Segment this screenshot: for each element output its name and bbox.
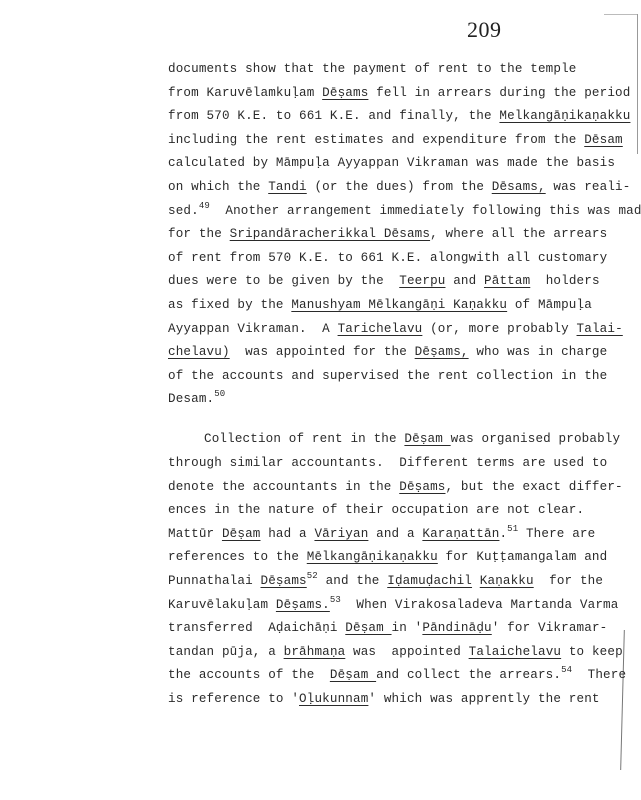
text-run: had a: [261, 527, 315, 541]
text-run: sed.: [168, 204, 199, 218]
text-run: Collection of rent in the: [204, 432, 404, 446]
underlined-term: Talaichelavu: [469, 645, 562, 659]
text-run: Karuvēlakuḷam: [168, 598, 276, 612]
underlined-term: Dēṣams: [399, 480, 445, 494]
underlined-term: Dēṣams: [261, 574, 307, 588]
underlined-term: Dēṣam: [222, 527, 261, 541]
text-run: references to the: [168, 550, 307, 564]
text-run: from Karuvēlamkuḷam: [168, 86, 322, 100]
scan-edge-line: [637, 14, 638, 154]
paragraph: documents show that the payment of rent …: [168, 58, 608, 412]
text-run: , where all the arrears: [430, 227, 607, 241]
text-line: as fixed by the Manushyam Mēlkangāṇi Kaṇ…: [168, 294, 608, 318]
text-line: Punnathalai Dēṣams52 and the Iḍamuḍachil…: [168, 570, 608, 594]
underlined-term: Mēlkangāṇikaṇakku: [307, 550, 438, 564]
text-run: transferred Aḍaichāṇi: [168, 621, 345, 635]
text-run: and: [445, 274, 484, 288]
text-run: denote the accountants in the: [168, 480, 399, 494]
underlined-term: Vāriyan: [314, 527, 368, 541]
text-run: was appointed for the: [230, 345, 415, 359]
text-line: of rent from 570 K.E. to 661 K.E. alongw…: [168, 247, 608, 271]
text-run: of the accounts and supervised the rent …: [168, 369, 607, 383]
text-line: sed.49 Another arrangement immediately f…: [168, 200, 608, 224]
text-line: the accounts of the Dēṣam and collect th…: [168, 664, 608, 688]
text-run: ' for Vikramar-: [492, 621, 608, 635]
text-run: (or the dues) from the: [307, 180, 492, 194]
underlined-term: Dēsam: [584, 133, 623, 147]
text-run: including the rent estimates and expendi…: [168, 133, 584, 147]
underlined-term: Kaṇakku: [480, 574, 534, 588]
text-run: There: [572, 668, 626, 682]
text-run: of Māmpuḷa: [507, 298, 592, 312]
text-line: dues were to be given by the Teerpu and …: [168, 270, 608, 294]
text-line: Desam.50: [168, 388, 608, 412]
text-run: documents show that the payment of rent …: [168, 62, 577, 76]
text-line: tandan pūja, a brāhmaṇa was appointed Ta…: [168, 641, 608, 665]
text-run: and collect the arrears.: [376, 668, 561, 682]
text-run: the accounts of the: [168, 668, 330, 682]
text-line: Collection of rent in the Dēṣam was orga…: [168, 428, 608, 452]
text-run: for the: [534, 574, 603, 588]
underlined-term: Manushyam Mēlkangāṇi Kaṇakku: [291, 298, 507, 312]
scan-edge-line: [604, 14, 638, 15]
text-run: fell in arrears during the period: [368, 86, 630, 100]
text-run: for the: [168, 227, 230, 241]
underlined-term: Talai-: [577, 322, 623, 336]
text-run: and the: [318, 574, 387, 588]
text-run: Punnathalai: [168, 574, 261, 588]
text-line: from Karuvēlamkuḷam Dēṣams fell in arrea…: [168, 82, 608, 106]
text-run: who was in charge: [469, 345, 608, 359]
underlined-term: Melkangāṇikaṇakku: [499, 109, 630, 123]
text-line: ences in the nature of their occupation …: [168, 499, 608, 523]
underlined-term: Dēṣams,: [415, 345, 469, 359]
text-run: is reference to ': [168, 692, 299, 706]
text-line: on which the Tandi (or the dues) from th…: [168, 176, 608, 200]
footnote-ref: 53: [330, 595, 341, 605]
text-line: Mattūr Dēṣam had a Vāriyan and a Karaṇat…: [168, 523, 608, 547]
text-run: There are: [518, 527, 595, 541]
text-run: was organised probably: [451, 432, 621, 446]
footnote-ref: 51: [507, 524, 518, 534]
underlined-term: Sripandāracherikkal Dēsams: [230, 227, 430, 241]
text-line: Karuvēlakuḷam Dēṣams.53 When Virakosalad…: [168, 594, 608, 618]
text-run: dues were to be given by the: [168, 274, 399, 288]
underlined-term: Karaṇattān: [422, 527, 499, 541]
text-run: Desam.: [168, 392, 214, 406]
text-run: was reali-: [546, 180, 631, 194]
text-line: including the rent estimates and expendi…: [168, 129, 608, 153]
text-run: When Virakosaladeva Martanda Varma: [341, 598, 618, 612]
text-line: references to the Mēlkangāṇikaṇakku for …: [168, 546, 608, 570]
underlined-term: Tandi: [268, 180, 307, 194]
underlined-term: Dēṣam: [345, 621, 391, 635]
underlined-term: Dēṣams: [322, 86, 368, 100]
text-run: was appointed: [345, 645, 468, 659]
underlined-term: Pāndināḍu: [422, 621, 491, 635]
text-run: Ayyappan Vikraman. A: [168, 322, 338, 336]
text-line: denote the accountants in the Dēṣams, bu…: [168, 476, 608, 500]
text-line: through similar accountants. Different t…: [168, 452, 608, 476]
text-run: as fixed by the: [168, 298, 291, 312]
footnote-ref: 50: [214, 389, 225, 399]
underlined-term: brāhmaṇa: [284, 645, 346, 659]
underlined-term: Teerpu: [399, 274, 445, 288]
text-run: for Kuṭṭamangalam and: [438, 550, 608, 564]
text-run: ' which was apprently the rent: [368, 692, 599, 706]
text-run: holders: [530, 274, 599, 288]
text-line: chelavu) was appointed for the Dēṣams, w…: [168, 341, 608, 365]
text-run: Another arrangement immediately followin…: [210, 204, 641, 218]
text-run: [472, 574, 480, 588]
text-run: to keep: [561, 645, 623, 659]
text-line: transferred Aḍaichāṇi Dēṣam in 'Pāndināḍ…: [168, 617, 608, 641]
text-run: through similar accountants. Different t…: [168, 456, 607, 470]
text-run: (or, more probably: [422, 322, 576, 336]
text-run: of rent from 570 K.E. to 661 K.E. alongw…: [168, 251, 607, 265]
text-line: from 570 K.E. to 661 K.E. and finally, t…: [168, 105, 608, 129]
text-line: of the accounts and supervised the rent …: [168, 365, 608, 389]
text-line: Ayyappan Vikraman. A Tarichelavu (or, mo…: [168, 318, 608, 342]
footnote-ref: 49: [199, 201, 210, 211]
underlined-term: Dēsams,: [492, 180, 546, 194]
underlined-term: Oḷukunnam: [299, 692, 368, 706]
paragraph: Collection of rent in the Dēṣam was orga…: [168, 428, 608, 711]
footnote-ref: 54: [561, 665, 572, 675]
text-run: from 570 K.E. to 661 K.E. and finally, t…: [168, 109, 499, 123]
text-run: .: [499, 527, 507, 541]
underlined-term: Iḍamuḍachil: [387, 574, 472, 588]
text-line: is reference to 'Oḷukunnam' which was ap…: [168, 688, 608, 712]
page-number: 209: [467, 17, 502, 43]
underlined-term: Dēṣams.: [276, 598, 330, 612]
footnote-ref: 52: [307, 571, 318, 581]
underlined-term: chelavu): [168, 345, 230, 359]
text-line: calculated by Māmpuḷa Ayyappan Vikraman …: [168, 152, 608, 176]
text-run: and a: [368, 527, 422, 541]
body-text: documents show that the payment of rent …: [168, 58, 608, 712]
underlined-term: Pāttam: [484, 274, 530, 288]
text-line: documents show that the payment of rent …: [168, 58, 608, 82]
text-run: calculated by Māmpuḷa Ayyappan Vikraman …: [168, 156, 615, 170]
paragraph-gap: [168, 412, 608, 429]
text-run: Mattūr: [168, 527, 222, 541]
underlined-term: Tarichelavu: [338, 322, 423, 336]
underlined-term: Dēṣam: [404, 432, 450, 446]
underlined-term: Dēṣam: [330, 668, 376, 682]
text-run: in ': [392, 621, 423, 635]
text-run: , but the exact differ-: [445, 480, 622, 494]
text-run: ences in the nature of their occupation …: [168, 503, 584, 517]
text-line: for the Sripandāracherikkal Dēsams, wher…: [168, 223, 608, 247]
text-run: on which the: [168, 180, 268, 194]
text-run: tandan pūja, a: [168, 645, 284, 659]
